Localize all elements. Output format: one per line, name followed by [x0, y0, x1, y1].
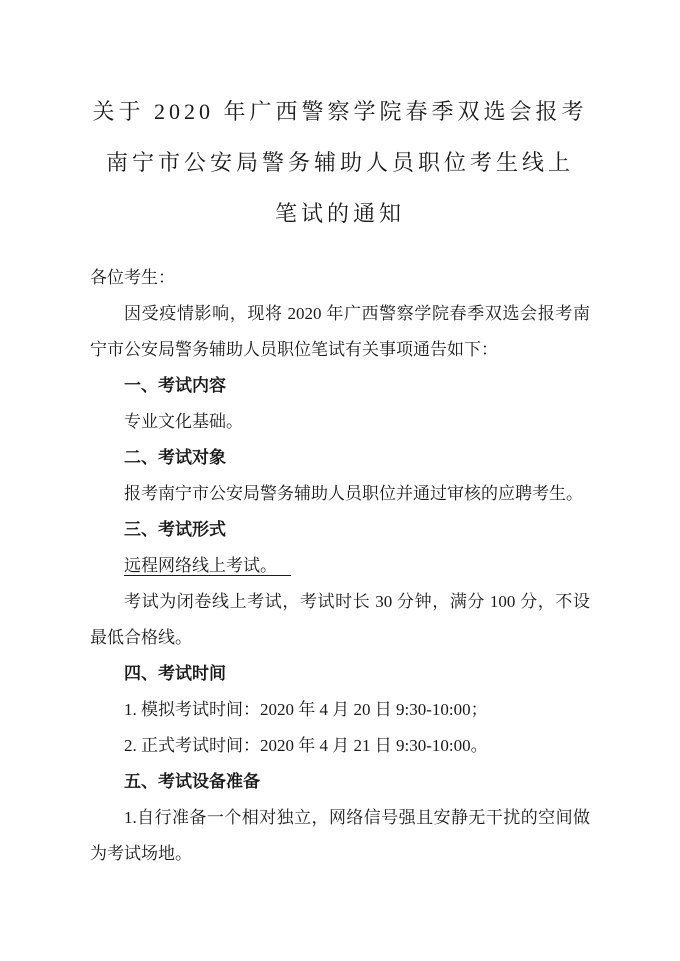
section-4-item-1: 1. 模拟考试时间：2020 年 4 月 20 日 9:30-10:00； — [90, 692, 590, 728]
section-1-heading: 一、考试内容 — [90, 368, 590, 404]
section-3-heading: 三、考试形式 — [90, 512, 590, 548]
document-title: 关于 2020 年广西警察学院春季双选会报考 南宁市公安局警务辅助人员职位考生线… — [0, 0, 680, 239]
title-line-1: 关于 2020 年广西警察学院春季双选会报考 — [0, 86, 680, 137]
title-line-3: 笔试的通知 — [0, 188, 680, 239]
section-5-paragraph: 1.自行准备一个相对独立，网络信号强且安静无干扰的空间做为考试场地。 — [90, 800, 590, 872]
section-2-paragraph: 报考南宁市公安局警务辅助人员职位并通过审核的应聘考生。 — [90, 476, 590, 512]
underlined-text: 远程网络线上考试。 — [124, 556, 291, 576]
section-3-paragraph: 考试为闭卷线上考试，考试时长 30 分钟，满分 100 分，不设最低合格线。 — [90, 584, 590, 656]
section-5-heading: 五、考试设备准备 — [90, 764, 590, 800]
title-line-2: 南宁市公安局警务辅助人员职位考生线上 — [0, 137, 680, 188]
section-4-item-2: 2. 正式考试时间：2020 年 4 月 21 日 9:30-10:00。 — [90, 728, 590, 764]
section-2-heading: 二、考试对象 — [90, 440, 590, 476]
intro-paragraph: 因受疫情影响，现将 2020 年广西警察学院春季双选会报考南宁市公安局警务辅助人… — [90, 296, 590, 368]
section-4-heading: 四、考试时间 — [90, 656, 590, 692]
section-1-paragraph: 专业文化基础。 — [90, 404, 590, 440]
salutation: 各位考生： — [90, 260, 590, 296]
section-3-underlined-line: 远程网络线上考试。 — [90, 548, 590, 584]
notice-page: 关于 2020 年广西警察学院春季双选会报考 南宁市公安局警务辅助人员职位考生线… — [0, 0, 680, 961]
document-body: 各位考生： 因受疫情影响，现将 2020 年广西警察学院春季双选会报考南宁市公安… — [90, 260, 590, 872]
